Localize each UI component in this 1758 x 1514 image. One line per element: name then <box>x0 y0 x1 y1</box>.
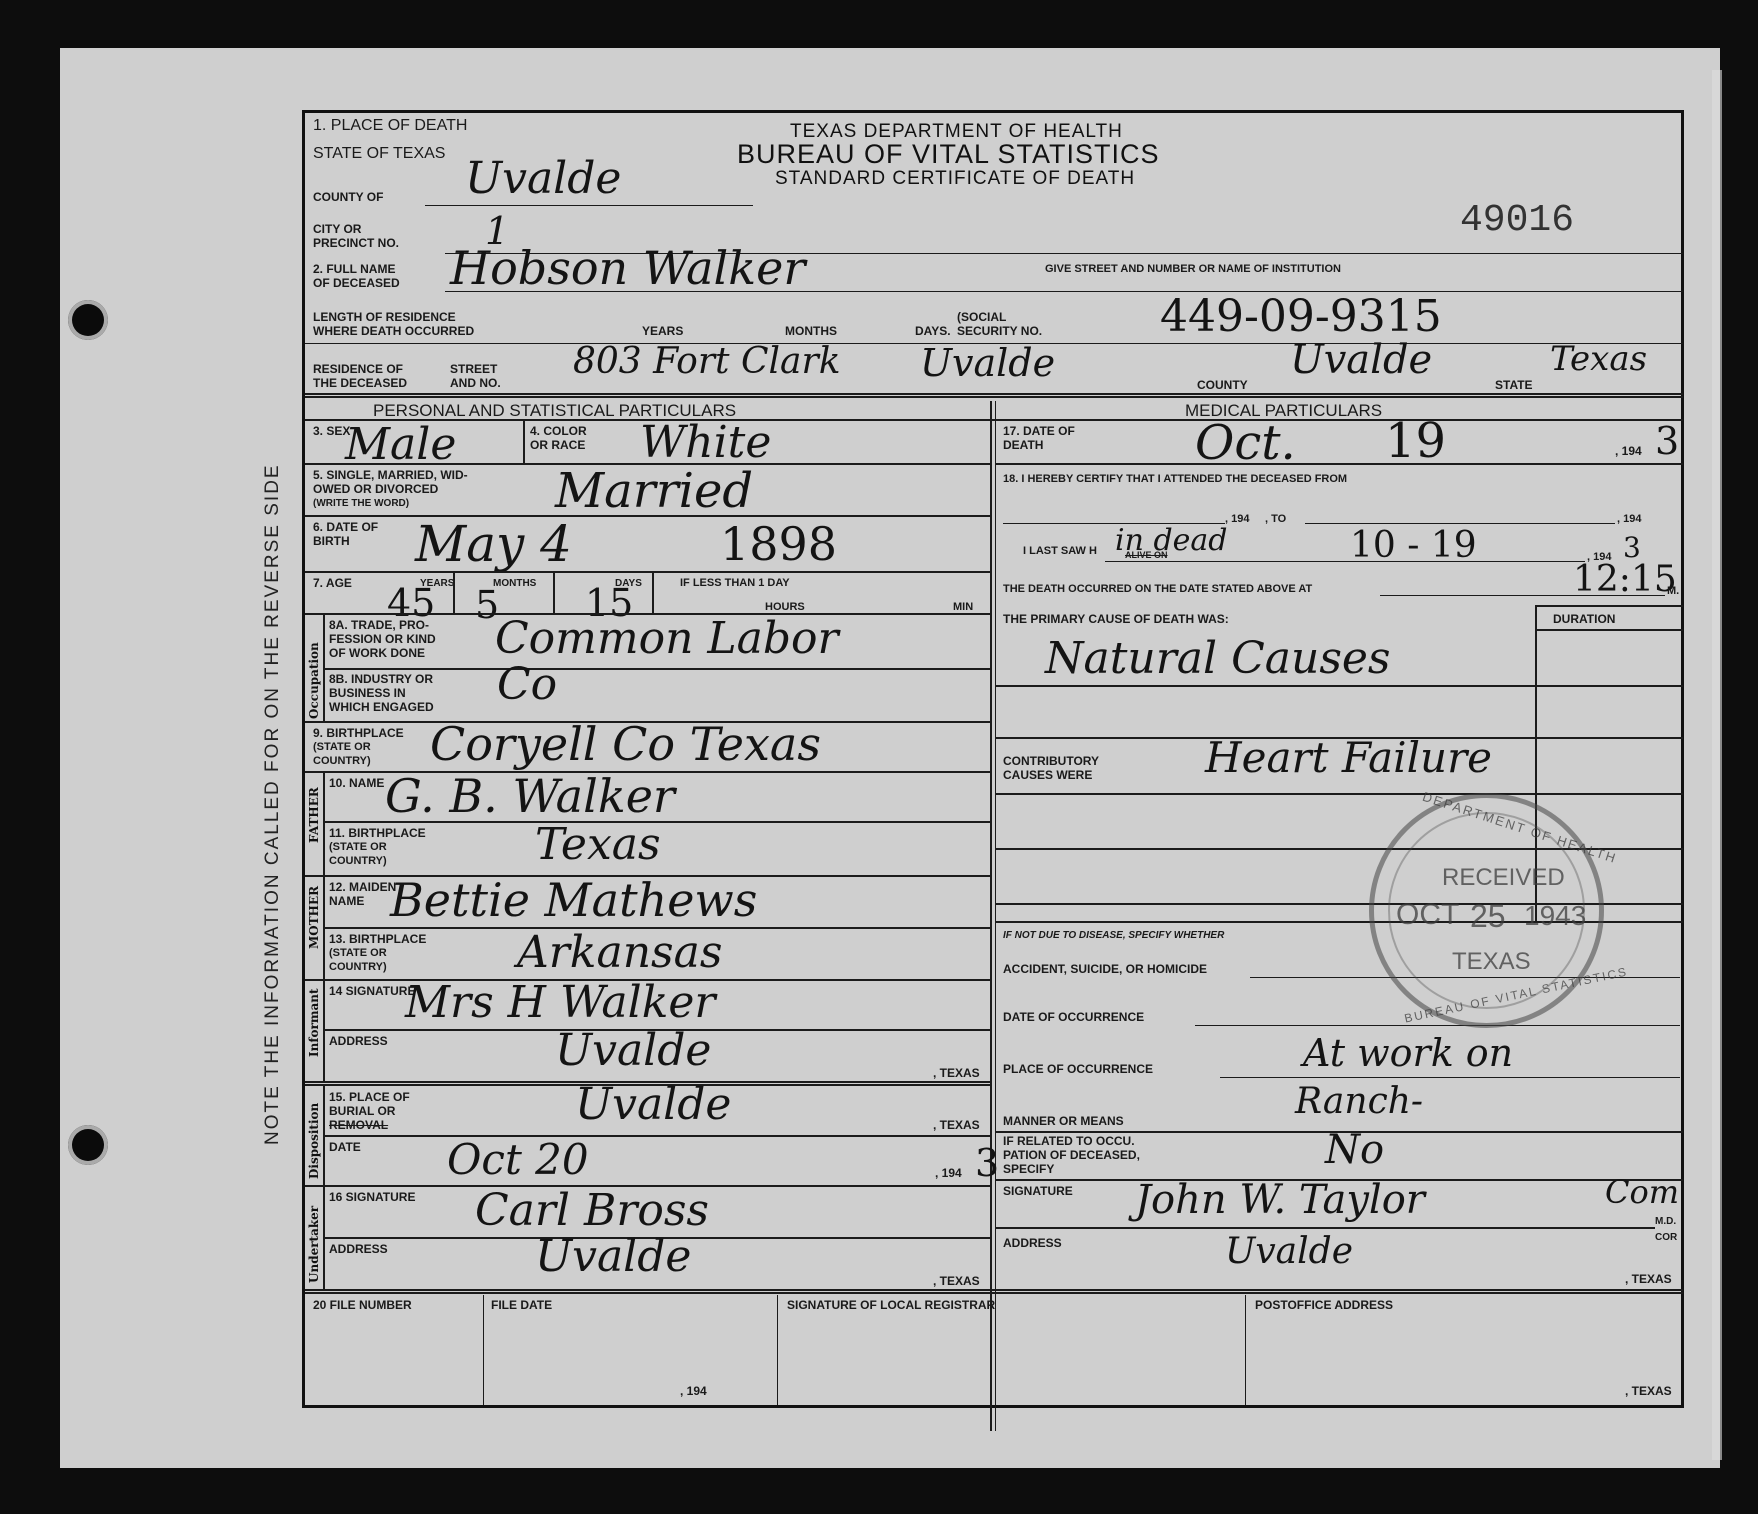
street-label-1: STREET <box>450 363 497 376</box>
marital-label-3: (WRITE THE WORD) <box>313 497 409 510</box>
postoffice-label: POSTOFFICE ADDRESS <box>1255 1299 1393 1312</box>
age-months-label: MONTHS <box>493 577 536 590</box>
months-label: MONTHS <box>785 325 837 338</box>
race-label-2: OR RACE <box>530 439 585 452</box>
county-label: COUNTY OF <box>313 191 383 204</box>
informant-signature: Mrs H Walker <box>405 977 715 1028</box>
occupation-side-label: Occupation <box>307 642 321 719</box>
death-time-label: THE DEATH OCCURRED ON THE DATE STATED AB… <box>1003 583 1312 596</box>
state-label: STATE OF TEXAS <box>313 145 445 163</box>
occurrence-date-label: DATE OF OCCURRENCE <box>1003 1011 1144 1024</box>
occurrence-place-label: PLACE OF OCCURRENCE <box>1003 1063 1153 1076</box>
industry-label-3: WHICH ENGAGED <box>329 701 434 714</box>
contributory-label-1: CONTRIBUTORY <box>1003 755 1099 768</box>
county-value: Uvalde <box>465 153 621 204</box>
residence-state-value: Texas <box>1550 339 1647 379</box>
city-label-1: CITY OR <box>313 223 361 236</box>
informant-address: Uvalde <box>555 1025 711 1076</box>
stamp-received: RECEIVED <box>1442 864 1565 892</box>
trade-label-1: 8A. TRADE, PRO- <box>329 619 429 632</box>
related-label-1: IF RELATED TO OCCU. <box>1003 1135 1135 1148</box>
death-time: 12:15 <box>1573 559 1677 600</box>
residence-county-value: Uvalde <box>1290 337 1432 383</box>
dod-label-2: DEATH <box>1003 439 1043 452</box>
bureau-title: BUREAU OF VITAL STATISTICS <box>737 139 1160 170</box>
residence-divider <box>305 393 1683 398</box>
last-saw-label: I LAST SAW H <box>1023 545 1097 558</box>
section-divider <box>305 419 1683 421</box>
mother-birth-label-1: 13. BIRTHPLACE <box>329 933 426 946</box>
column-divider-2 <box>995 401 996 1431</box>
father-birth-label-1: 11. BIRTHPLACE <box>329 827 426 840</box>
undertaker-signature: Carl Bross <box>475 1185 709 1236</box>
city-label-2: PRECINCT NO. <box>313 237 399 250</box>
residence-label-2: THE DECEASED <box>313 377 407 390</box>
certificate-number: 49016 <box>1460 199 1574 242</box>
occurrence-place-1: At work on <box>1303 1031 1513 1075</box>
stamp-month: OCT <box>1396 898 1459 932</box>
birthplace-value: Coryell Co Texas <box>430 717 821 771</box>
stamp-day: 25 <box>1470 898 1506 935</box>
years-label: YEARS <box>642 325 683 338</box>
city-value: Uvalde <box>920 341 1055 385</box>
death-time-line <box>1380 595 1665 596</box>
physician-texas: , TEXAS <box>1625 1273 1672 1286</box>
related-label-3: SPECIFY <box>1003 1163 1054 1176</box>
burial-place: Uvalde <box>575 1079 731 1130</box>
primary-cause-label: THE PRIMARY CAUSE OF DEATH WAS: <box>1003 613 1229 626</box>
dob-line <box>305 571 990 573</box>
occurrence-date-line <box>1195 1025 1680 1026</box>
father-name-label: 10. NAME <box>329 777 384 790</box>
mother-name-label-2: NAME <box>329 895 364 908</box>
mother-birth-label-3: COUNTRY) <box>329 961 387 974</box>
burial-texas: , TEXAS <box>933 1119 980 1132</box>
signature-line <box>995 1227 1655 1229</box>
days-label: DAYS. <box>915 325 951 338</box>
birthplace-label-2: (STATE OR <box>313 741 371 754</box>
duration-label: DURATION <box>1553 613 1615 626</box>
street-value: 803 Fort Clark <box>573 341 841 382</box>
stamp-year: 1943 <box>1524 900 1586 932</box>
md-label: M.D. <box>1655 1215 1676 1228</box>
signature-label: SIGNATURE <box>1003 1185 1073 1198</box>
death-certificate-form: 1. PLACE OF DEATH STATE OF TEXAS COUNTY … <box>302 110 1684 1408</box>
stamp-state: TEXAS <box>1452 948 1531 976</box>
cor-label: COR <box>1655 1231 1677 1244</box>
mother-name-label-1: 12. MAIDEN <box>329 881 396 894</box>
father-birth-label-2: (STATE OR <box>329 841 387 854</box>
less-than-day-label: IF LESS THAN 1 DAY <box>680 577 790 590</box>
residence-length-label-1: LENGTH OF RESIDENCE <box>313 311 456 324</box>
birthplace-label-3: COUNTRY) <box>313 755 371 768</box>
burial-line <box>323 1135 990 1137</box>
contributory-label-2: CAUSES WERE <box>1003 769 1092 782</box>
accident-label: ACCIDENT, SUICIDE, OR HOMICIDE <box>1003 963 1207 976</box>
dob-year: 1898 <box>720 517 837 571</box>
physician-title: Com <box>1605 1173 1679 1211</box>
undertaker-sig-label: 16 SIGNATURE <box>329 1191 415 1204</box>
primary-cause: Natural Causes <box>1045 633 1391 684</box>
mother-birthplace: Arkansas <box>517 927 722 978</box>
trade-line <box>323 668 990 670</box>
postoffice-texas: , TEXAS <box>1625 1385 1672 1398</box>
punch-hole-bottom <box>68 1125 108 1165</box>
burial-date-label: DATE <box>329 1141 361 1154</box>
mother-birth-label-2: (STATE OR <box>329 947 387 960</box>
undertaker-addr-label: ADDRESS <box>329 1243 388 1256</box>
trade-value: Common Labor <box>495 613 839 664</box>
father-birthplace: Texas <box>535 819 661 870</box>
undertaker-texas: , TEXAS <box>933 1275 980 1288</box>
industry-label-2: BUSINESS IN <box>329 687 406 700</box>
residence-label-1: RESIDENCE OF <box>313 363 403 376</box>
ssn-label-1: (SOCIAL <box>957 311 1006 324</box>
marital-value: Married <box>555 463 753 519</box>
informant-texas: , TEXAS <box>933 1067 980 1080</box>
dod-year-digit: 3 <box>1655 419 1679 463</box>
burial-date: Oct 20 <box>447 1135 589 1184</box>
duration-header-line <box>1535 629 1683 631</box>
undertaker-side-label: Undertaker <box>307 1206 321 1283</box>
duration-top-line <box>1535 605 1683 607</box>
age-divider-2 <box>553 573 555 613</box>
birthplace-label-1: 9. BIRTHPLACE <box>313 727 404 740</box>
street-label-2: AND NO. <box>450 377 501 390</box>
received-stamp: DEPARTMENT OF HEALTH RECEIVED OCT 25 194… <box>1369 793 1604 1028</box>
form-title: STANDARD CERTIFICATE OF DEATH <box>775 168 1135 190</box>
local-registrar-label: SIGNATURE OF LOCAL REGISTRAR <box>787 1299 995 1312</box>
to-line <box>1305 523 1615 524</box>
related-value: No <box>1325 1127 1384 1173</box>
death-time-suffix: M. <box>1667 585 1679 598</box>
burial-label-1: 15. PLACE OF <box>329 1091 410 1104</box>
name-line <box>445 291 1683 292</box>
disposition-side-label: Disposition <box>307 1103 321 1179</box>
file-number-label: 20 FILE NUMBER <box>313 1299 412 1312</box>
registrar-divider-2 <box>777 1295 778 1405</box>
informant-side-label: Informant <box>307 988 321 1057</box>
sex-race-divider <box>523 419 525 463</box>
column-divider <box>990 401 992 1431</box>
not-disease-label: IF NOT DUE TO DISEASE, SPECIFY WHETHER <box>1003 929 1224 942</box>
name-label-1: 2. FULL NAME <box>313 263 395 276</box>
occurrence-place-line <box>1220 1077 1680 1078</box>
name-label-2: OF DECEASED <box>313 277 400 290</box>
manner-label: MANNER OR MEANS <box>1003 1115 1124 1128</box>
contributory-cause: Heart Failure <box>1205 733 1492 782</box>
last-saw-date: 10 - 19 <box>1350 525 1477 566</box>
dod-label-1: 17. DATE OF <box>1003 425 1075 438</box>
file-date-label: FILE DATE <box>491 1299 552 1312</box>
father-birth-label-3: COUNTRY) <box>329 855 387 868</box>
marital-label-1: 5. SINGLE, MARRIED, WID- <box>313 469 468 482</box>
dod-year-prefix: , 194 <box>1615 445 1642 458</box>
undertaker-address: Uvalde <box>535 1231 691 1282</box>
to-label: , TO <box>1265 513 1286 526</box>
institution-hint: GIVE STREET AND NUMBER OR NAME OF INSTIT… <box>1045 263 1341 276</box>
punch-hole-top <box>68 300 108 340</box>
registrar-divider-1 <box>483 1295 484 1405</box>
from-year: , 194 <box>1225 513 1249 526</box>
physician-address: Uvalde <box>1225 1231 1353 1272</box>
deceased-name: Hobson Walker <box>450 241 805 295</box>
last-saw-note: in dead <box>1115 523 1228 558</box>
race-value: White <box>640 417 771 468</box>
burial-label-2: BURIAL OR <box>329 1105 395 1118</box>
trade-label-2: FESSION OR KIND <box>329 633 436 646</box>
dod-day: 19 <box>1385 413 1446 469</box>
place-of-death-label: 1. PLACE OF DEATH <box>313 117 467 135</box>
age-divider-1 <box>453 573 455 613</box>
related-label-2: PATION OF DECEASED, <box>1003 1149 1140 1162</box>
burial-label-3: REMOVAL <box>329 1119 388 1132</box>
informant-addr-label: ADDRESS <box>329 1035 388 1048</box>
race-label-1: 4. COLOR <box>530 425 587 438</box>
ssn-label-2: SECURITY NO. <box>957 325 1042 338</box>
residence-length-label-2: WHERE DEATH OCCURRED <box>313 325 474 338</box>
trade-label-3: OF WORK DONE <box>329 647 425 660</box>
marital-label-2: OWED OR DIVORCED <box>313 483 438 496</box>
marital-line <box>305 515 990 517</box>
registrar-divider-3 <box>1245 1295 1246 1405</box>
county-line <box>425 205 753 206</box>
last-saw-line <box>1105 561 1585 562</box>
father-side-label: FATHER <box>307 787 321 843</box>
occurrence-place-2: Ranch- <box>1295 1081 1423 1122</box>
informant-sig-label: 14 SIGNATURE <box>329 985 415 998</box>
contributory-line <box>995 793 1683 795</box>
ssn-value: 449-09-9315 <box>1160 291 1442 342</box>
dod-line <box>995 463 1683 465</box>
mother-name: Bettie Mathews <box>390 873 757 927</box>
dob-label-1: 6. DATE OF <box>313 521 378 534</box>
father-name: G. B. Walker <box>385 769 675 823</box>
registrar-divider <box>305 1289 1683 1294</box>
dob-month-day: May 4 <box>415 515 572 573</box>
physician-signature: John W. Taylor <box>1135 1177 1425 1223</box>
father-bracket <box>323 771 325 875</box>
dob-label-2: BIRTH <box>313 535 350 548</box>
age-label: 7. AGE <box>313 577 352 590</box>
to-year: , 194 <box>1617 513 1641 526</box>
certify-label: 18. I HEREBY CERTIFY THAT I ATTENDED THE… <box>1003 473 1347 486</box>
physician-addr-label: ADDRESS <box>1003 1237 1062 1250</box>
mother-side-label: MOTHER <box>307 886 321 949</box>
county-label-2: COUNTY <box>1197 379 1248 392</box>
file-date-year: , 194 <box>680 1385 707 1398</box>
age-divider-3 <box>652 573 654 613</box>
informant-bracket <box>323 979 325 1083</box>
industry-value: Co <box>497 659 557 710</box>
primary-cause-line <box>995 685 1683 687</box>
reverse-side-note: NOTE THE INFORMATION CALLED FOR ON THE R… <box>262 463 284 1145</box>
state-label-2: STATE <box>1495 379 1533 392</box>
burial-year-prefix: , 194 <box>935 1167 962 1180</box>
paper-stack-edge <box>1712 70 1722 1460</box>
industry-label-1: 8B. INDUSTRY OR <box>329 673 433 686</box>
